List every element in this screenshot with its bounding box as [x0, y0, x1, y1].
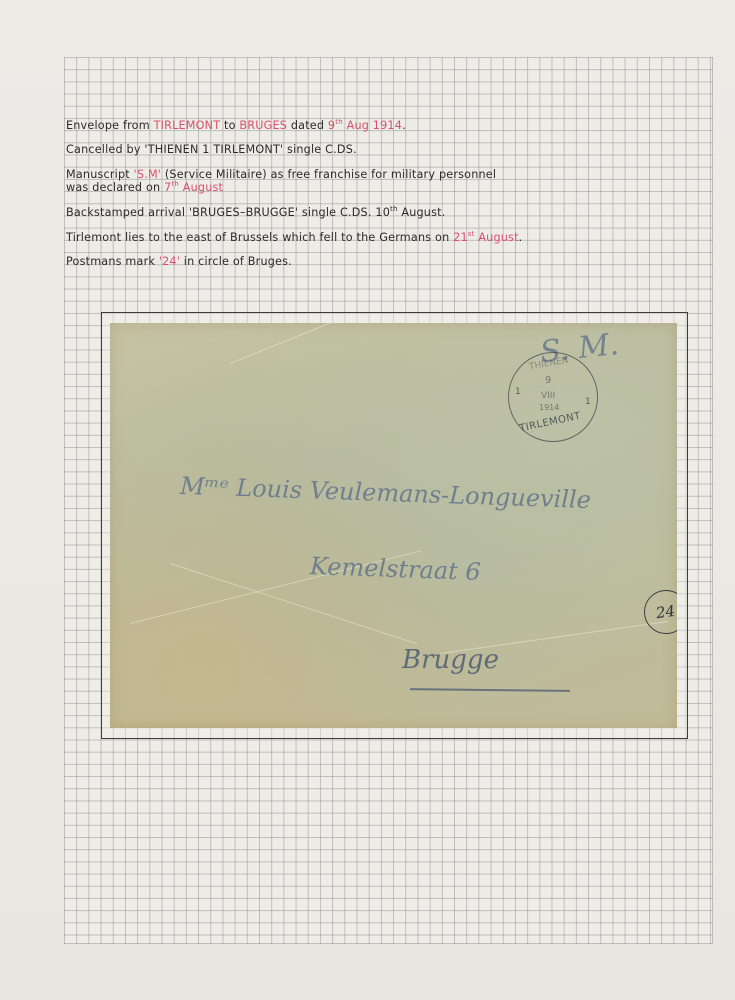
note-segment: th	[335, 118, 343, 126]
address-underline	[410, 688, 570, 691]
note-line-1: Envelope from TIRLEMONT to BRUGES dated …	[66, 118, 406, 132]
note-segment: th	[171, 180, 179, 188]
note-segment: dated	[287, 119, 328, 132]
note-line-7: Postmans mark '24' in circle of Bruges.	[66, 255, 292, 268]
postmark-bottom-text: TIRLEMONT	[519, 411, 582, 435]
envelope-cover: S. M. THIENEN 1 1 9 VIII 1914 TIRLEMONT …	[110, 323, 677, 728]
note-segment: '24'	[159, 255, 180, 268]
note-segment: Postmans mark	[66, 255, 159, 268]
note-segment: st	[468, 230, 475, 238]
note-segment: Aug 1914	[343, 119, 402, 132]
postmark-date-month: VIII	[541, 391, 555, 401]
note-segment: 21	[453, 231, 468, 244]
note-segment: August	[179, 181, 223, 194]
street-address: Kemelstraat 6	[310, 552, 482, 586]
note-segment: BRUGES	[239, 119, 287, 132]
note-segment: was declared on	[66, 181, 164, 194]
note-segment: Envelope from	[66, 119, 154, 132]
note-segment: Tirlemont lies to the east of Brussels w…	[66, 231, 453, 244]
postmark-top-text: THIENEN	[528, 356, 569, 373]
postmark-date-year: 1914	[539, 403, 559, 412]
postman-mark-number: 24	[655, 602, 676, 622]
paper-crease	[230, 323, 360, 364]
tirlemont-cancel-postmark: THIENEN 1 1 9 VIII 1914 TIRLEMONT	[508, 352, 598, 442]
note-segment: August.	[398, 206, 446, 219]
album-page: Envelope from TIRLEMONT to BRUGES dated …	[0, 0, 735, 1000]
note-segment: in circle of Bruges.	[180, 255, 292, 268]
note-segment: TIRLEMONT	[154, 119, 221, 132]
note-line-6: Tirlemont lies to the east of Brussels w…	[66, 230, 522, 244]
note-line-2: Cancelled by 'THIENEN 1 TIRLEMONT' singl…	[66, 143, 357, 156]
note-segment: August	[475, 231, 519, 244]
note-segment: Backstamped arrival 'BRUGES–BRUGGE' sing…	[66, 206, 390, 219]
note-segment: th	[390, 205, 398, 213]
note-line-4: was declared on 7th August	[66, 180, 223, 194]
postman-mark-circle: 24	[644, 590, 677, 634]
note-segment: Cancelled by 'THIENEN 1 TIRLEMONT' singl…	[66, 143, 357, 156]
postmark-number-left: 1	[515, 387, 521, 397]
note-segment: to	[220, 119, 239, 132]
postmark-number-right: 1	[585, 397, 591, 407]
postmark-date-day: 9	[545, 375, 551, 386]
note-segment: .	[519, 231, 523, 244]
note-segment: .	[402, 119, 406, 132]
city-address: Brugge	[402, 645, 499, 675]
note-line-5: Backstamped arrival 'BRUGES–BRUGGE' sing…	[66, 205, 445, 219]
recipient-name: Mᵐᵉ Louis Veulemans-Longueville	[180, 472, 592, 514]
